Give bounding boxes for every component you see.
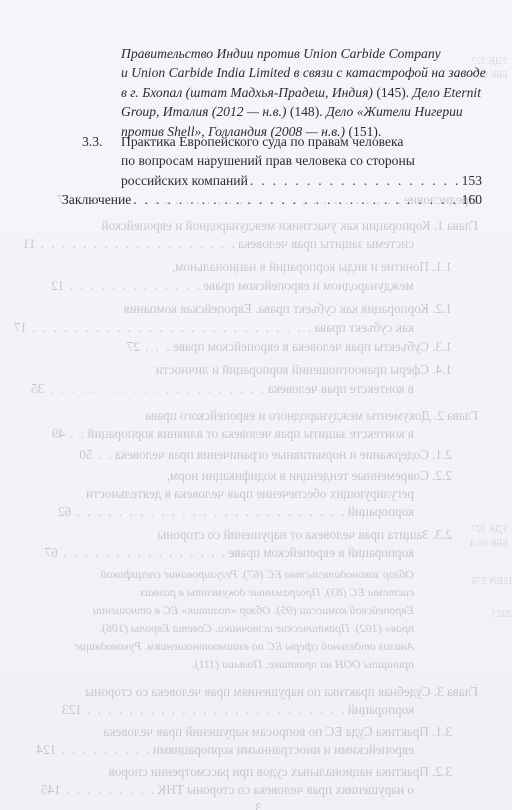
text-line: Правительство Индии против Union Carbide… [121, 44, 496, 63]
ghost-line: европейскими и иностранными корпорациями… [36, 740, 414, 759]
ghost-line: корпораций . . . . . . . . . . . . . . .… [62, 700, 414, 719]
book-page: Предисловие . . . . . . . . . . . . . . … [0, 0, 512, 810]
ghost-line: 3.2. Практика национальных судов при рас… [109, 762, 452, 781]
ghost-line: регулирующих обеспечение прав человека в… [86, 484, 414, 503]
section-title-line: Практика Европейского суда по правам чел… [121, 132, 482, 151]
ghost-side-mark: 2023 [492, 605, 512, 624]
ghost-line: корпораций в европейском праве . . . . .… [45, 543, 414, 562]
ghost-line: Глава 2. Документы международного и евро… [145, 406, 478, 425]
ghost-line: 2.2. Современные тенденции в кодификации… [167, 466, 452, 485]
section-title-line: российских компаний . . . . . . . . . . … [121, 171, 482, 190]
ghost-line: Обзор законодательства ЕС (67). Регулиро… [101, 565, 414, 584]
ghost-line: 3.1. Практика Суда ЕС по вопросам наруше… [103, 722, 452, 741]
ghost-line: 1.1. Понятие и виды корпораций в национа… [172, 257, 452, 276]
entry-title: Заключение [62, 190, 131, 209]
ghost-line: Глава 1. Корпорации как участники междун… [101, 216, 478, 235]
ghost-line: Глава 3. Судебная практика по нарушениям… [85, 682, 478, 701]
ghost-line: 2.1. Содержание и нормативные ограничени… [79, 445, 452, 464]
ghost-line: системы ЕС (83). Программные документы в… [140, 583, 414, 602]
ghost-line: прав» (102). Практические источники. Сов… [99, 619, 414, 638]
ghost-line: как субъект права . . . . . . . . . . . … [14, 318, 414, 337]
ghost-line: в контексте прав человека . . . . . . . … [31, 379, 414, 398]
page-number: 160 [462, 190, 482, 209]
ghost-line: Европейской комиссии (95). Обзор «полити… [93, 601, 414, 620]
dot-leader: . . . . . . . . . . . . . . . . . . . . … [133, 190, 459, 209]
ghost-side-mark: ББК 66.4 [470, 534, 508, 553]
ghost-line: международном и европейском праве . . . … [51, 276, 414, 295]
ghost-line: принципы ООН на практике. Польша (111). [192, 655, 414, 674]
ghost-line: о нарушениях прав человека со стороны ТН… [41, 780, 414, 799]
toc-entry-conclusion[interactable]: Заключение . . . . . . . . . . . . . . .… [62, 190, 482, 209]
page-number: 153 [462, 171, 482, 190]
text-line: и Union Carbide India Limited в связи с … [121, 63, 496, 82]
ghost-line: Анализ отдельной сферы ЕС по взаимоотнош… [75, 637, 414, 656]
ghost-line: системы защиты прав человека . . . . . .… [23, 234, 414, 253]
ghost-line: 2.3. Защита прав человека от нарушений с… [157, 525, 452, 544]
toc-subentry-continuation: Правительство Индии против Union Carbide… [121, 44, 496, 141]
dot-leader: . . . . . . . . . . . . . . . . . . . . … [250, 171, 460, 190]
section-title-line: по вопросам нарушений прав человека со с… [121, 151, 482, 170]
ghost-line: 1.2. Корпорация как субъект права. Европ… [124, 299, 452, 318]
text-line: в г. Бхопал (штат Мадхья-Прадеш, Индия) … [121, 83, 496, 102]
ghost-line: 1.4. Сферы правоотношений корпораций и л… [156, 360, 452, 379]
ghost-folio: 3 [255, 798, 262, 810]
ghost-line: в контексте защиты прав человека от влия… [52, 424, 414, 443]
ghost-line: корпораций . . . . . . . . . . . . . . .… [58, 502, 414, 521]
text-line: Group, Италия (2012 — н.в.) (148). Дело … [121, 102, 496, 121]
section-number: 3.3. [82, 132, 102, 151]
ghost-side-mark: ISBN 978 [472, 572, 512, 591]
ghost-line: 1.3. Субъекты прав человека в европейско… [127, 337, 452, 356]
